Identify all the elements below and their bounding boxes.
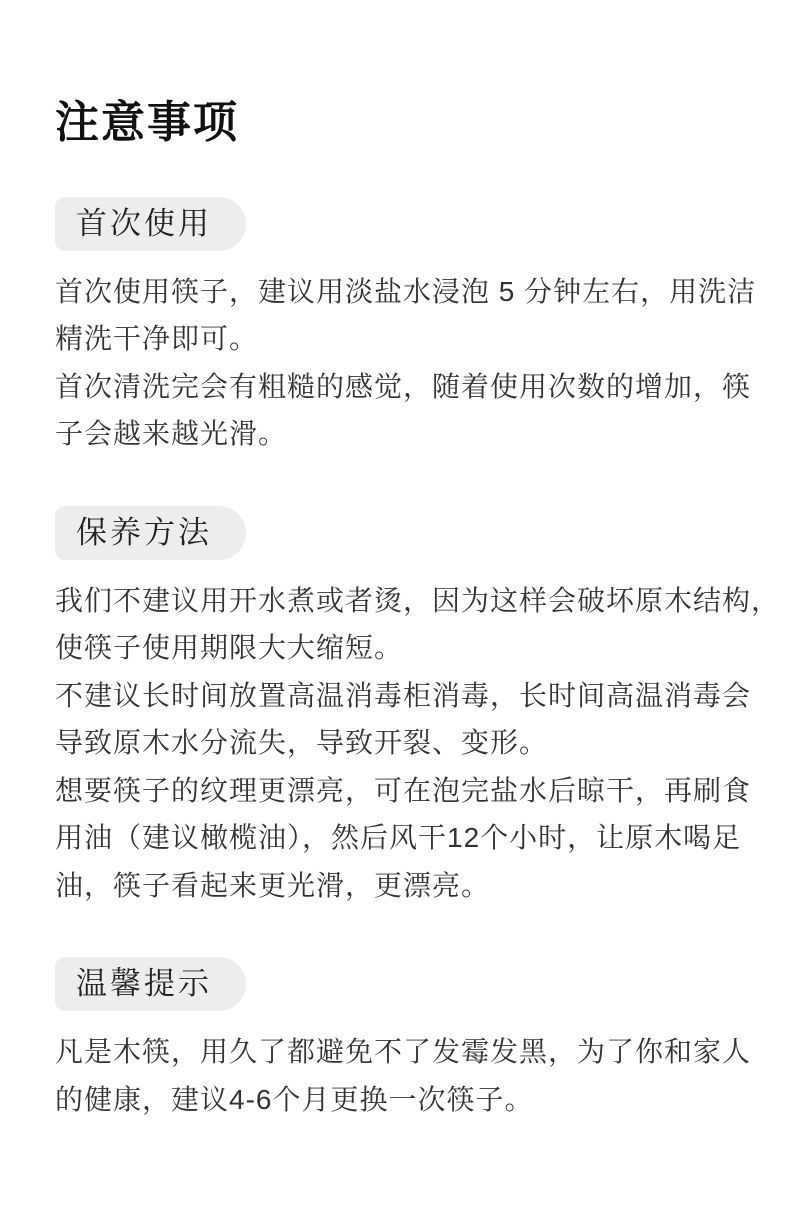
text-line: 用油（建议橄榄油），然后风干12个小时，让原木喝足 (55, 814, 750, 862)
section-maintenance: 保养方法 我们不建议用开水煮或者烫，因为这样会破坏原木结构，使筷子使用期限大大缩… (55, 458, 750, 910)
text-line: 不建议长时间放置高温消毒柜消毒，长时间高温消毒会 (55, 672, 750, 720)
text-line: 精洗干净即可。 (55, 315, 750, 363)
section-label-maintenance: 保养方法 (55, 506, 246, 560)
text-line: 首次清洗完会有粗糙的感觉，随着使用次数的增加，筷 (55, 363, 750, 411)
section-paragraph-maintenance: 我们不建议用开水煮或者烫，因为这样会破坏原木结构，使筷子使用期限大大缩短。不建议… (55, 577, 750, 910)
text-line: 的健康，建议4-6个月更换一次筷子。 (55, 1076, 750, 1124)
text-line: 油，筷子看起来更光滑，更漂亮。 (55, 862, 750, 910)
text-line: 首次使用筷子，建议用淡盐水浸泡 5 分钟左右，用洗洁 (55, 268, 750, 316)
section-paragraph-first-use: 首次使用筷子，建议用淡盐水浸泡 5 分钟左右，用洗洁精洗干净即可。首次清洗完会有… (55, 268, 750, 458)
page-title: 注意事项 (55, 98, 750, 149)
text-line: 导致原木水分流失，导致开裂、变形。 (55, 719, 750, 767)
text-line: 我们不建议用开水煮或者烫，因为这样会破坏原木结构， (55, 577, 750, 625)
text-line: 子会越来越光滑。 (55, 410, 750, 458)
text-line: 想要筷子的纹理更漂亮，可在泡完盐水后晾干，再刷食 (55, 767, 750, 815)
care-instructions-page: 注意事项 首次使用 首次使用筷子，建议用淡盐水浸泡 5 分钟左右，用洗洁精洗干净… (0, 0, 790, 1208)
section-label-first-use: 首次使用 (55, 197, 246, 251)
text-line: 使筷子使用期限大大缩短。 (55, 624, 750, 672)
section-paragraph-warm-tips: 凡是木筷，用久了都避免不了发霉发黑，为了你和家人的健康，建议4-6个月更换一次筷… (55, 1028, 750, 1123)
text-line: 凡是木筷，用久了都避免不了发霉发黑，为了你和家人 (55, 1028, 750, 1076)
section-warm-tips: 温馨提示 凡是木筷，用久了都避免不了发霉发黑，为了你和家人的健康，建议4-6个月… (55, 909, 750, 1123)
section-label-warm-tips: 温馨提示 (55, 957, 246, 1011)
section-first-use: 首次使用 首次使用筷子，建议用淡盐水浸泡 5 分钟左右，用洗洁精洗干净即可。首次… (55, 149, 750, 458)
